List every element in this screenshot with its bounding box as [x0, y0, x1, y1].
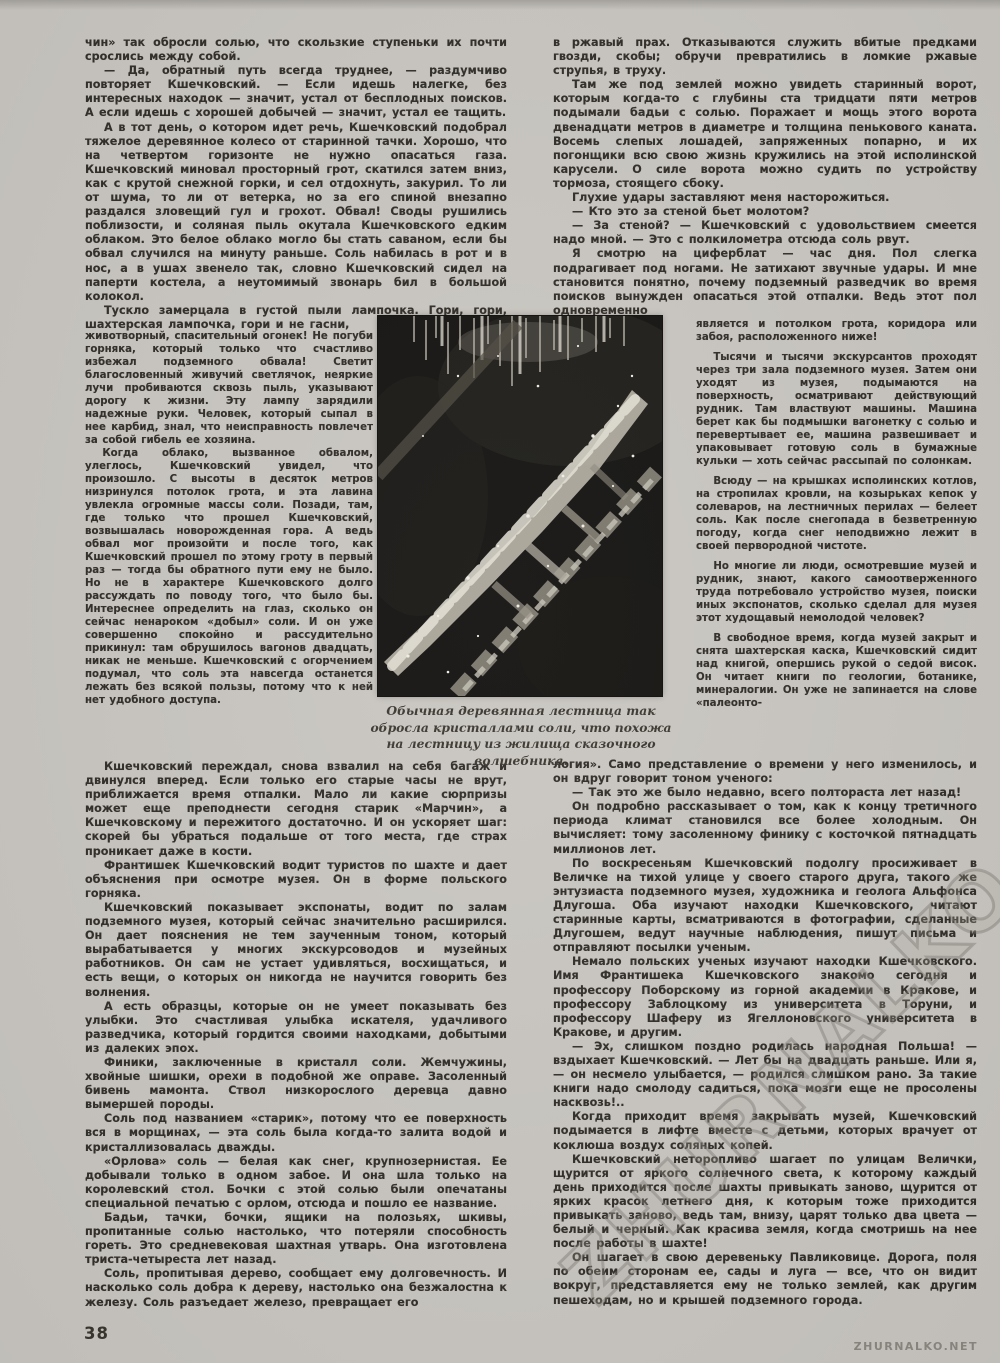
left-column-beside-photo-block: животворный, спасительный огонек! Не пог…	[85, 330, 373, 707]
paragraph: Я смотрю на циферблат — час дня. Пол сле…	[553, 247, 977, 317]
paragraph: в ржавый прах. Отказываются служить вбит…	[553, 36, 977, 78]
right-column-bottom-block: логия». Само представление о времени у н…	[553, 758, 977, 1308]
paragraph: Всюду — на крышках исполинских котлов, н…	[696, 475, 977, 553]
right-column-beside-photo-block: является и потолком грота, коридора или …	[696, 318, 977, 710]
right-column-top-block: в ржавый прах. Отказываются служить вбит…	[553, 36, 977, 318]
paragraph: — Да, обратный путь всегда труднее, — ра…	[85, 64, 507, 120]
paragraph: А есть образцы, которые он не умеет пока…	[85, 1000, 507, 1056]
paragraph: Но многие ли люди, осмотревшие музей и р…	[696, 560, 977, 625]
paragraph: Он шагает в свою деревеньку Павликовице.…	[553, 1251, 977, 1307]
watermark-corner: ZHURNALKO.NET	[854, 1340, 978, 1353]
paragraph: Кшечковский переждал, снова взвалил на с…	[85, 760, 507, 859]
paragraph: В свободное время, когда музей закрыт и …	[696, 632, 977, 710]
paragraph: чин» так обросли солью, что скользкие ст…	[85, 36, 507, 64]
photo-caption: Обычная деревянная лестница так обросла …	[368, 703, 674, 769]
paragraph: Там же под землей можно увидеть старинны…	[553, 78, 977, 191]
salt-ladder-photo-graphic	[378, 316, 662, 696]
paragraph: Франтишек Кшечковский водит туристов по …	[85, 859, 507, 901]
paragraph: — Так это же было недавно, всего полтора…	[553, 786, 977, 800]
salt-ladder-photo	[378, 316, 662, 696]
paragraph: Когда облако, вызванное обвалом, улеглос…	[85, 447, 373, 707]
magazine-page: чин» так обросли солью, что скользкие ст…	[0, 0, 1000, 1363]
page-number: 38	[84, 1324, 109, 1343]
paragraph: По воскресеньям Кшечковский подолгу прос…	[553, 857, 977, 956]
paragraph: Немало польских ученых изучают находки К…	[553, 955, 977, 1040]
paragraph: Соль, пропитывая дерево, сообщает ему до…	[85, 1267, 507, 1309]
paragraph: Глухие удары заставляют меня насторожить…	[553, 191, 977, 205]
paragraph: Финики, заключенные в кристалл соли. Жем…	[85, 1056, 507, 1112]
paragraph: — Кто это за стеной бьет молотом?	[553, 205, 977, 219]
paragraph: Бадьи, тачки, бочки, ящики на полозьях, …	[85, 1211, 507, 1267]
paragraph: Он подробно рассказывает о том, как к ко…	[553, 800, 977, 856]
paragraph: Соль под названием «старик», потому что …	[85, 1112, 507, 1154]
paragraph: Когда приходит время закрывать музей, Кш…	[553, 1110, 977, 1152]
paragraph: Кшечковский показывает экспонаты, водит …	[85, 901, 507, 1000]
left-column-bottom-block: Кшечковский переждал, снова взвалил на с…	[85, 760, 507, 1310]
paragraph: Кшечковский неторопливо шагает по улицам…	[553, 1153, 977, 1252]
paragraph: животворный, спасительный огонек! Не пог…	[85, 330, 373, 447]
paragraph: Тысячи и тысячи экскурсантов проходят че…	[696, 351, 977, 468]
paragraph: «Орлова» соль — белая как снег, крупнозе…	[85, 1155, 507, 1211]
paragraph: — Эх, слишком поздно родилась народная П…	[553, 1040, 977, 1110]
paragraph: — За стеной? — Кшечковский с удовольстви…	[553, 219, 977, 247]
paragraph: А в тот день, о котором идет речь, Кшечк…	[85, 121, 507, 304]
left-column-top-block: чин» так обросли солью, что скользкие ст…	[85, 36, 507, 332]
paragraph: является и потолком грота, коридора или …	[696, 318, 977, 344]
